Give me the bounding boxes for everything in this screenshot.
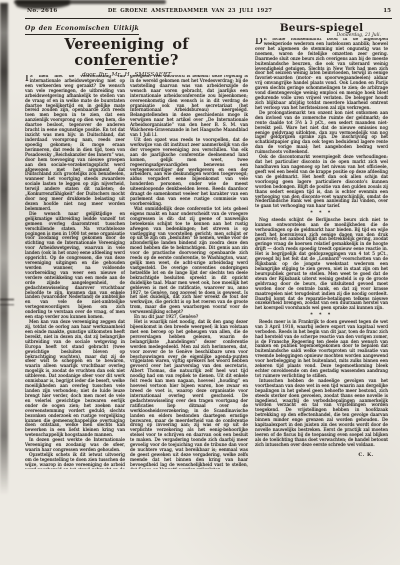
beurs-spiegel-section: Beurs-spiegel Donderdag, 21 Juli. DE loc… xyxy=(255,22,388,467)
scan-artifact-left-edge xyxy=(0,3,8,495)
paragraph: Intusschen hebben de nadeelige gevolgen … xyxy=(255,380,388,449)
paragraph: Men kan van deze vereeniging zeggen dat … xyxy=(25,321,125,439)
byline-divider-bar xyxy=(105,69,127,71)
beurs-signature: C. K. xyxy=(358,452,374,458)
masthead: DE GROENE AMSTERDAMMER VAN 23 JULI 1927 xyxy=(0,8,380,14)
paragraph-lead: IS men met de voorbereiding van internat… xyxy=(25,75,125,213)
page-number: 15 xyxy=(383,8,391,14)
section-separator: * * * xyxy=(255,212,388,217)
paragraph-lead: DE locale fondsenmarkt bood in de afgelo… xyxy=(255,38,388,112)
section-kicker: Op den Economischen Uitkijk xyxy=(25,25,139,35)
drop-cap: I xyxy=(25,75,30,84)
article-title: Vereeniging of conferentie? xyxy=(24,37,229,69)
section-separator: * * * xyxy=(255,314,388,319)
beurs-column: DE locale fondsenmarkt bood in de afgelo… xyxy=(255,38,388,450)
paragraph: Ook de discontomarkt weerspiegelt deze v… xyxy=(255,156,388,210)
header-rule xyxy=(25,18,392,19)
paragraph: Uit den opzet was reeds te voorspellen, … xyxy=(130,139,248,208)
article-column-2: geregeld? Het antwoord is bekend: deze r… xyxy=(130,75,248,469)
paragraph: Nog steeds schijnt de Berlijnsche beurs … xyxy=(255,219,388,313)
article-column-1: IS men met de voorbereiding van internat… xyxy=(25,75,125,469)
paragraph: geregeld? Het antwoord is bekend: deze r… xyxy=(130,75,248,139)
paragraph: In dezen geest werkte de Internationale … xyxy=(25,439,125,454)
scan-artifact-margin-mark xyxy=(0,296,14,309)
article-header: Vereeniging of conferentie? door Jhr. Mr… xyxy=(24,37,229,78)
drop-cap: D xyxy=(255,38,264,47)
paragraph: Het is waarlijk niet noodig, dat ik den … xyxy=(130,321,248,469)
paragraph: De prolongatiemarkt ten onzent kon niet … xyxy=(255,112,388,156)
paragraph: Reeds meer is in Frankrijk te doen gewee… xyxy=(255,321,388,380)
paragraph: Wat onmiddellijk deze conferentie tot ie… xyxy=(130,208,248,316)
paragraph: Die wensch naar gelijktijdige en gelijkm… xyxy=(25,213,125,321)
paragraph: Opzettelijk schets ik dit ietwat uitvoer… xyxy=(25,454,125,469)
newspaper-page: No. 2616 DE GROENE AMSTERDAMMER VAN 23 J… xyxy=(0,0,400,565)
